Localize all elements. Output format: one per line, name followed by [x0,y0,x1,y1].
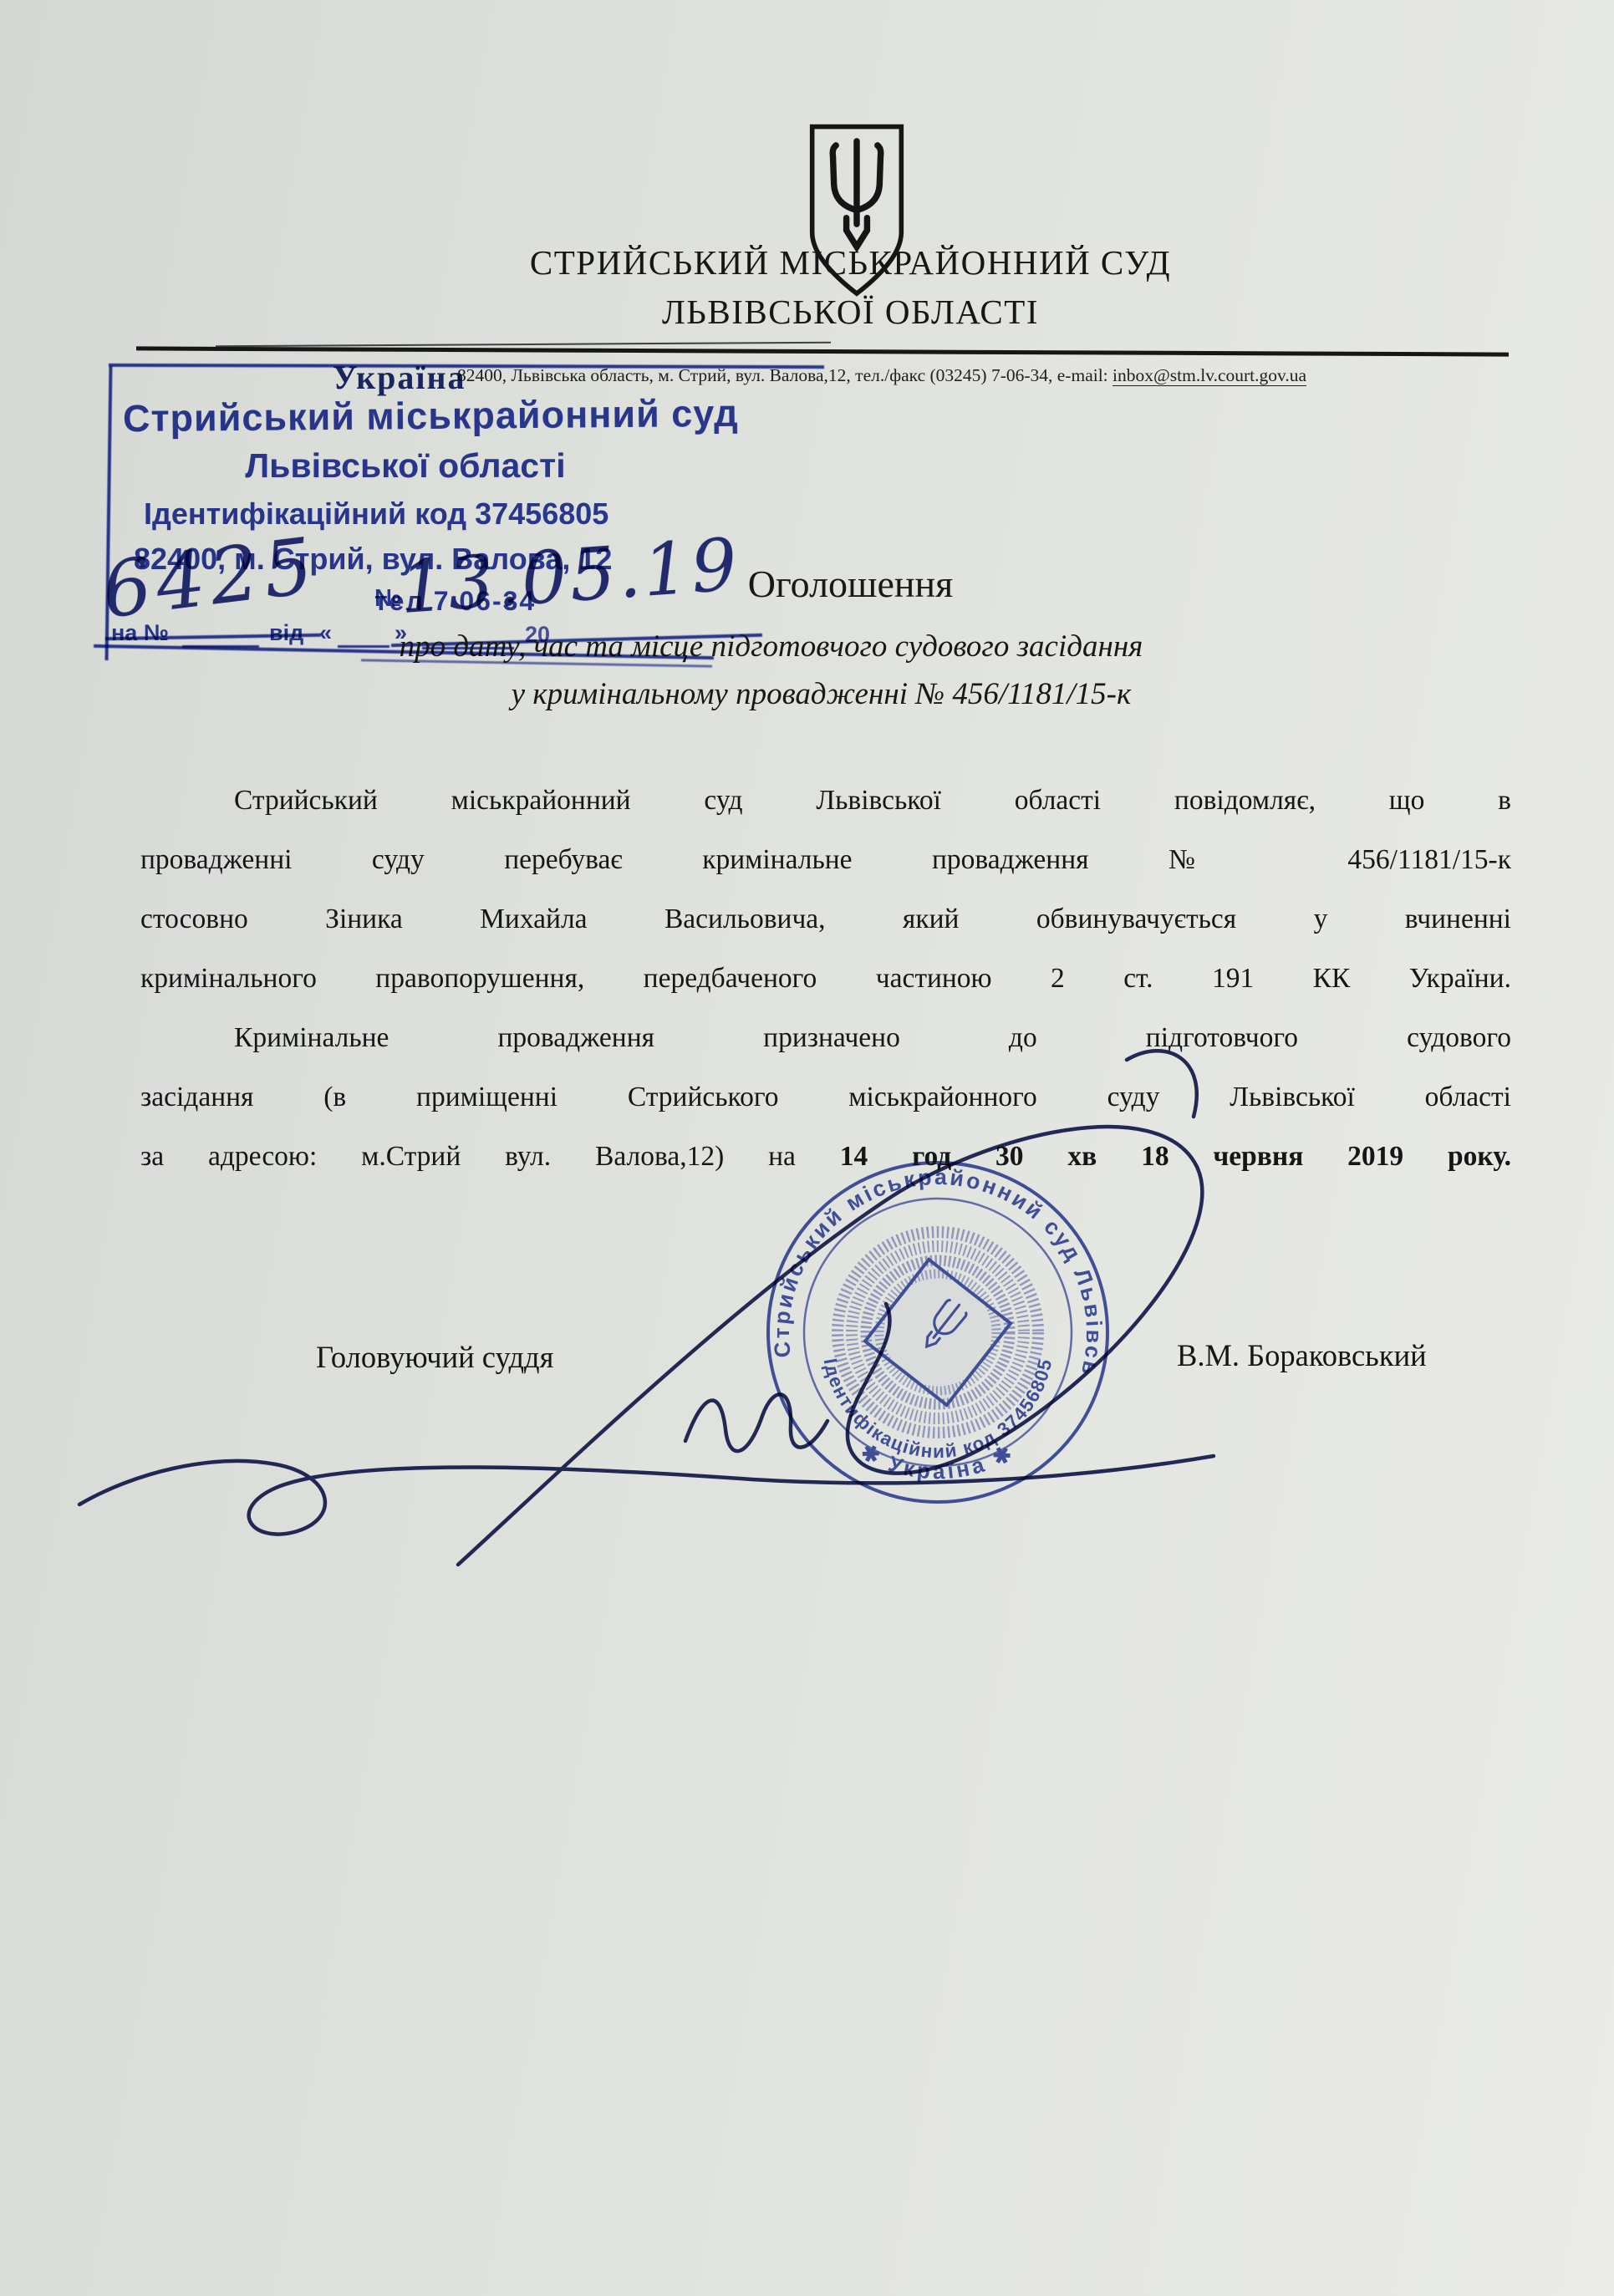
court-email: inbox@stm.lv.court.gov.ua [1112,365,1306,386]
body-line: кримінального правопорушення, передбачен… [140,949,1511,1008]
body-line: засідання (в приміщенні Стрийського місь… [140,1067,1511,1127]
announcement-subtitle-2: у кримінальному провадженні № 456/1181/1… [50,676,1592,712]
body-line: Стрийський міськрайонний суд Львівської … [140,771,1511,830]
header-rule [136,346,1509,356]
stamp-court-line2: Львівської області [109,446,702,486]
court-round-seal: Стрийський міськрайонний суд Львівської … [758,1153,1118,1512]
stamp-id-code-line: Ідентифікаційний код 37456805 [144,496,608,532]
scanned-court-announcement-page: { "header": { "emblem_icon": "ukraine-tr… [0,0,1614,2296]
body-line-hearing-date: за адресою: м.Стрий вул. Валова,12) на 1… [140,1127,1511,1186]
body-line: Кримінальне провадження призначено до пі… [140,1008,1511,1067]
header-rule-thin [216,342,831,347]
court-name-line1: СТРИЙСЬКИЙ МІСЬКРАЙОННИЙ СУД [79,242,1614,283]
body-line: стосовно Зіника Михайла Васильовича, яки… [140,889,1511,949]
signature-role-label: Головуючий суддя [316,1339,553,1375]
judge-name: В.М. Бораковський [1177,1337,1427,1373]
hearing-date-bold: 14 год 30 хв 18 червня 2019 року. [840,1141,1511,1172]
announcement-title: Оголошення [79,562,1614,606]
body-text: Стрийський міськрайонний суд Львівської … [140,771,1511,1186]
body-line: провадженні суду перебуває кримінальне п… [140,830,1511,889]
court-name-line2: ЛЬВІВСЬКОЇ ОБЛАСТІ [79,292,1614,332]
hearing-line-prefix: за адресою: м.Стрий вул. Валова,12) на [140,1141,840,1172]
stamp-court-line1: Стрийський міськрайонний суд [123,392,739,440]
